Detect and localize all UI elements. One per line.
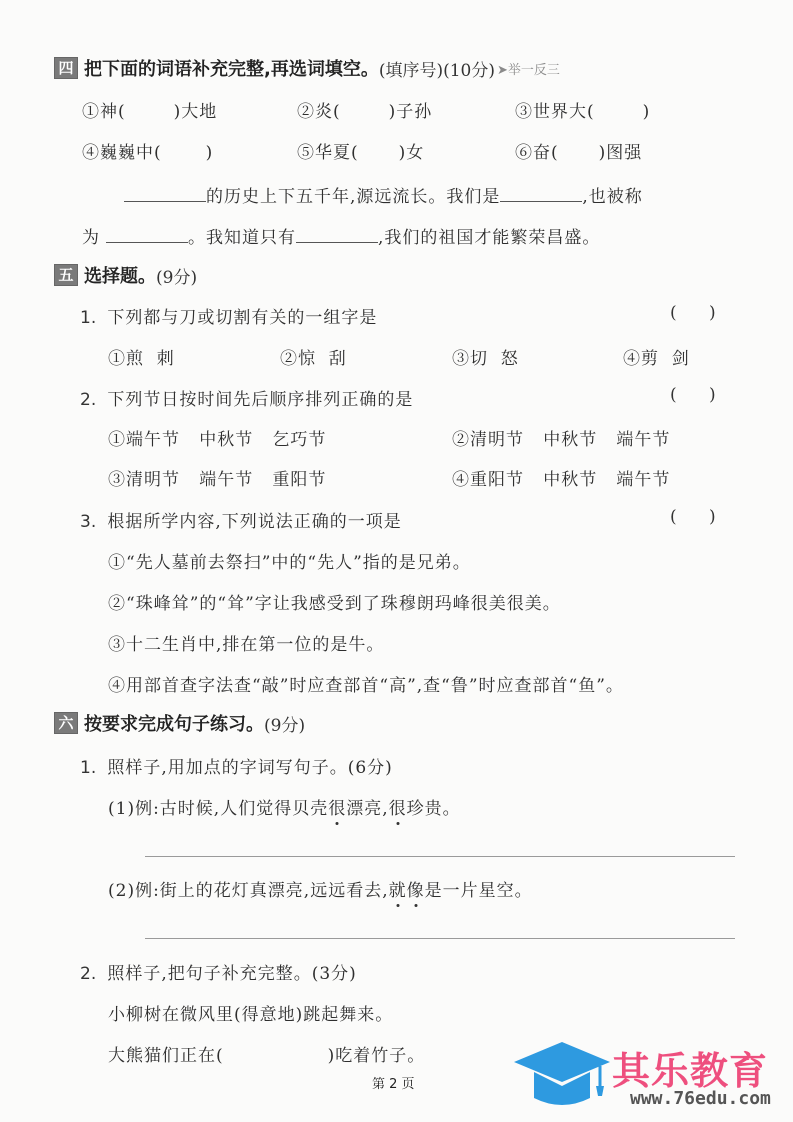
section-4-badge: 四	[54, 57, 78, 79]
fill-blank-2[interactable]	[500, 187, 582, 202]
question-2-text: 下列节日按时间先后顺序排列正确的是	[107, 390, 413, 410]
word-item-4-close: )	[206, 143, 214, 163]
question-2: 2. 下列节日按时间先后顺序排列正确的是	[80, 385, 413, 410]
s6-question-2: 2. 照样子,把句子补充完整。(3分)	[80, 959, 357, 984]
s6-question-1: 1. 照样子,用加点的字词写句子。(6分)	[80, 753, 393, 778]
word-item-5-label: ⑤华夏(	[297, 143, 359, 163]
word-item-4: ④巍巍中()	[82, 138, 213, 163]
fill-paragraph-line-1: 的历史上下五千年,源远流长。我们是,也被称	[124, 182, 643, 207]
fill-blank-3[interactable]	[106, 228, 188, 243]
s6-question-2-number: 2.	[80, 964, 96, 984]
extension-tag: ➤举一反三	[497, 59, 560, 78]
q1-option-1: ①煎 刺	[108, 344, 175, 369]
word-item-5-close: )女	[399, 143, 425, 163]
example-1-suffix: 珍贵。	[407, 799, 461, 819]
word-item-3: ③世界大()	[515, 97, 650, 122]
section-6-title: 按要求完成句子练习。	[84, 710, 264, 736]
word-item-2: ②炎()子孙	[297, 97, 432, 122]
answer-paren-3[interactable]: ( )	[670, 507, 716, 527]
word-item-1-label: ①神(	[82, 102, 126, 122]
emphasis-dot-char: 像	[407, 881, 425, 901]
word-item-1: ①神()大地	[82, 97, 217, 122]
question-3-text: 根据所学内容,下列说法正确的一项是	[107, 512, 401, 532]
answer-line-1[interactable]	[145, 856, 735, 857]
s6-question-2-text: 照样子,把句子补充完整。(3分)	[107, 964, 356, 984]
section-5-badge: 五	[54, 264, 78, 286]
completion-prefix: 大熊猫们正在(	[108, 1046, 224, 1066]
answer-paren-2[interactable]: ( )	[670, 385, 716, 405]
paragraph-text-1: 的历史上下五千年,源远流长。我们是	[206, 187, 500, 207]
emphasis-dot-char: 就	[389, 881, 407, 901]
question-3: 3. 根据所学内容,下列说法正确的一项是	[80, 507, 402, 532]
emphasis-dot-char: 很	[328, 799, 346, 819]
example-sentence-2: (2)例:街上的花灯真漂亮,远远看去,就像是一片星空。	[108, 876, 533, 901]
graduation-cap-icon	[512, 1040, 612, 1110]
section-5-title: 选择题。	[84, 262, 156, 288]
fill-blank-4[interactable]	[296, 228, 378, 243]
section-6-header: 六 按要求完成句子练习。 (9分)	[54, 710, 305, 736]
emphasis-dot-char: 很	[389, 799, 407, 819]
q2-option-1: ①端午节 中秋节 乞巧节	[108, 425, 326, 450]
example-sentence-3: 小柳树在微风里(得意地)跳起舞来。	[108, 1000, 393, 1025]
section-6-score: (9分)	[264, 711, 305, 736]
fill-paragraph-line-2: 为。我知道只有,我们的祖国才能繁荣昌盛。	[82, 223, 600, 248]
q3-option-4: ④用部首查字法查“敲”时应查部首“高”,查“鲁”时应查部首“鱼”。	[108, 671, 624, 696]
paragraph-text-5: ,我们的祖国才能繁荣昌盛。	[378, 228, 600, 248]
paragraph-text-4: 。我知道只有	[188, 228, 296, 248]
q2-option-4: ④重阳节 中秋节 端午节	[452, 465, 670, 490]
section-6-badge: 六	[54, 712, 78, 734]
word-item-6: ⑥奋()图强	[515, 138, 642, 163]
example-1-prefix: (1)例:古时候,人们觉得贝壳	[108, 799, 328, 819]
section-4-title: 把下面的词语补充完整,再选词填空。	[84, 55, 379, 81]
word-item-3-close: )	[643, 102, 651, 122]
completion-suffix: )吃着竹子。	[328, 1046, 426, 1066]
answer-paren-1[interactable]: ( )	[670, 303, 716, 323]
s6-question-1-number: 1.	[80, 758, 96, 778]
example-2-suffix: 是一片星空。	[425, 881, 533, 901]
question-3-number: 3.	[80, 512, 96, 532]
completion-sentence: 大熊猫们正在()吃着竹子。	[108, 1041, 425, 1066]
question-1-text: 下列都与刀或切割有关的一组字是	[107, 308, 377, 328]
answer-line-2[interactable]	[145, 938, 735, 939]
watermark-brand-name: 其乐教育	[612, 1040, 768, 1095]
q1-option-2: ②惊 刮	[280, 344, 347, 369]
word-item-6-close: )图强	[599, 143, 643, 163]
word-item-2-label: ②炎(	[297, 102, 341, 122]
q3-option-3: ③十二生肖中,排在第一位的是牛。	[108, 630, 384, 655]
question-1-number: 1.	[80, 308, 96, 328]
question-1: 1. 下列都与刀或切割有关的一组字是	[80, 303, 377, 328]
section-4-header: 四 把下面的词语补充完整,再选词填空。 (填序号)(10分) ➤举一反三	[54, 55, 560, 81]
paragraph-text-3: 为	[82, 228, 100, 248]
section-4-score: (填序号)(10分)	[379, 56, 495, 81]
word-item-1-close: )大地	[174, 102, 218, 122]
fill-blank-1[interactable]	[124, 187, 206, 202]
example-sentence-1: (1)例:古时候,人们觉得贝壳很漂亮,很珍贵。	[108, 794, 461, 819]
word-item-2-close: )子孙	[389, 102, 433, 122]
q2-option-2: ②清明节 中秋节 端午节	[452, 425, 670, 450]
section-5-score: (9分)	[156, 263, 197, 288]
section-5-header: 五 选择题。 (9分)	[54, 262, 197, 288]
word-item-6-label: ⑥奋(	[515, 143, 559, 163]
watermark-url: www.76edu.com	[630, 1088, 771, 1109]
q1-option-3: ③切 怒	[452, 344, 519, 369]
q1-option-4: ④剪 剑	[623, 344, 690, 369]
q3-option-2: ②“珠峰耸”的“耸”字让我感受到了珠穆朗玛峰很美很美。	[108, 589, 561, 614]
example-2-prefix: (2)例:街上的花灯真漂亮,远远看去,	[108, 881, 389, 901]
q3-option-1: ①“先人墓前去祭扫”中的“先人”指的是兄弟。	[108, 548, 471, 573]
s6-question-1-text: 照样子,用加点的字词写句子。(6分)	[107, 758, 392, 778]
paragraph-text-2: ,也被称	[582, 187, 642, 207]
word-item-3-label: ③世界大(	[515, 102, 595, 122]
example-1-mid: 漂亮,	[346, 799, 388, 819]
question-2-number: 2.	[80, 390, 96, 410]
word-item-5: ⑤华夏()女	[297, 138, 424, 163]
page-number: 第 2 页	[372, 1073, 415, 1092]
q2-option-3: ③清明节 端午节 重阳节	[108, 465, 326, 490]
word-item-4-label: ④巍巍中(	[82, 143, 162, 163]
